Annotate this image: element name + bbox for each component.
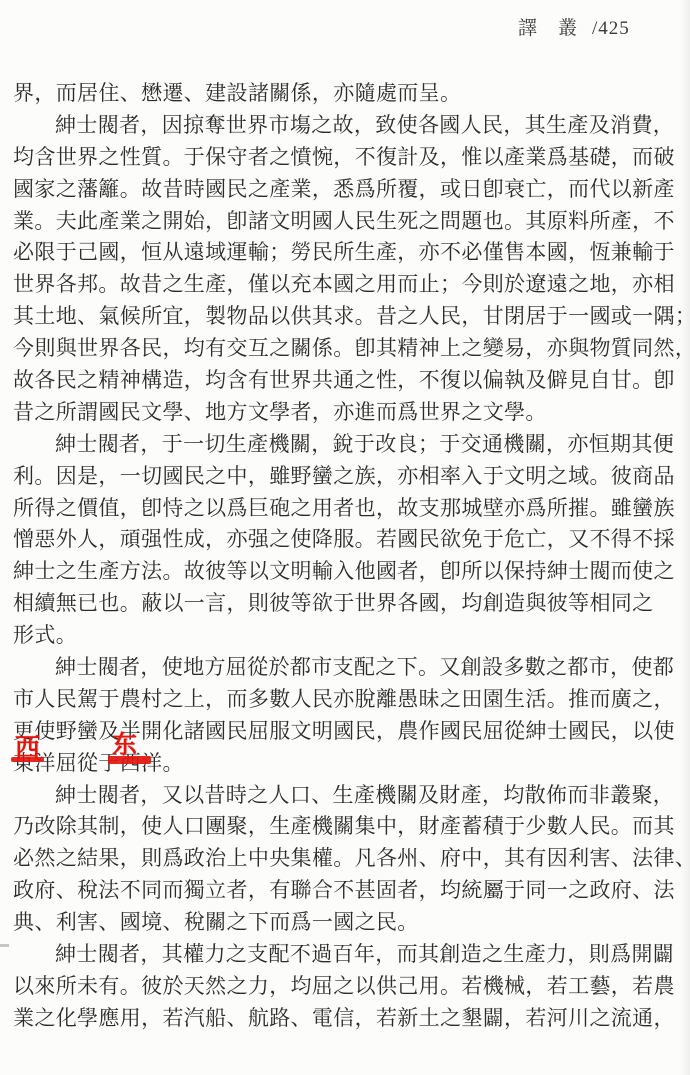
text-line: 以來所未有。彼於天然之力，均屈之以供己用。若機械，若工藝，若農 [13,971,679,1003]
page-header: 譯 叢/425 [518,13,630,40]
text-line: 均含世界之性質。于保守者之憤惋，不復計及，惟以產業爲基礎，而破 [13,142,679,174]
text-line: 利。因是，一切國民之中，雖野蠻之族，亦相率入于文明之域。彼商品 [13,461,679,493]
red-strikethrough-east-char [11,757,44,762]
scan-artifact-dash [0,944,9,947]
text-line: 典、利害、國境、稅關之下而爲一國之民。 [13,907,679,939]
text-line: 紳士閥者，又以昔時之人口、生產機關及財產，均散佈而非叢聚， [13,780,679,812]
text-line: 其土地、氣候所宜，製物品以供其求。昔之人民，甘閉居于一國或一隅； [13,301,679,333]
text-line: 世界各邦。故昔之生產，僅以充本國之用而止；今則於遼遠之地，亦相 [13,269,679,301]
text-line: 業。夫此產業之開始，卽諸文明國人民生死之問題也。其原料所產，不 [13,206,679,238]
text-line: 國家之藩籬。故昔時國民之產業，悉爲所覆，或日卽衰亡，而代以新產 [13,174,679,206]
page-right-edge-shading [680,0,690,1075]
text-line: 憎惡外人，頑强性成，亦强之使降服。若國民欲免于危亡，又不得不採 [13,524,679,556]
red-handwritten-east-char: 东 [112,733,137,758]
text-line: 紳士閥者，使地方屈從於都市支配之下。又創設多數之都市，使都 [13,652,679,684]
text-line: 紳士閥者，因掠奪世界市塲之故，致使各國人民，其生產及消費， [13,110,679,142]
text-line: 乃改除其制，使人口團聚，生產機關集中，財產蓄積于少數人民。而其 [13,811,679,843]
text-line: 紳士之生產方法。故彼等以文明輸入他國者，卽所以保持紳士閥而使之 [13,556,679,588]
journal-title: 譯 叢 [518,18,578,39]
text-line: 必限于己國，恒从遠域運輸；勞民所生產，亦不必僅售本國，恆兼輸于 [13,237,679,269]
text-line: 紳士閥者，于一切生產機關，銳于改良；于交通機關，亦恒期其便 [13,429,679,461]
text-line: 故各民之精神構造，均含有世界共通之性，不復以偏執及僻見自甘。卽 [13,365,679,397]
text-line: 界，而居住、懋遷、建設諸關係，亦隨處而呈。 [13,78,679,110]
page-number: /425 [592,18,630,39]
text-line: 政府、稅法不同而獨立者，有聯合不甚固者，均統屬于同一之政府、法 [13,875,679,907]
text-line: 必然之結果，則爲政治上中央集權。凡各州、府中，其有因利害、法律、 [13,843,679,875]
scanned-book-page: { "colors": { "paper": "#fcfcfa", "ink":… [0,0,690,1075]
text-line: 形式。 [13,620,679,652]
text-line: 市人民駕于農村之上，而多數人民亦脫離愚昧之田園生活。推而廣之， [13,684,679,716]
text-line: 昔之所謂國民文學、地方文學者，亦進而爲世界之文學。 [13,397,679,429]
text-line: 所得之價值，卽恃之以爲巨砲之用者也，故支那城壁亦爲所摧。雖蠻族 [13,493,679,525]
red-strikethrough-west-char [108,756,151,764]
text-line: 紳士閥者，其權力之支配不過百年，而其創造之生產力，則爲開闢 [13,939,679,971]
text-block: 界，而居住、懋遷、建設諸關係，亦隨處而呈。紳士閥者，因掠奪世界市塲之故，致使各國… [13,78,679,1035]
text-line: 相續無已也。蔽以一言，則彼等欲于世界各國，均創造與彼等相同之 [13,588,679,620]
text-line: 業之化學應用，若汽船、航路、電信，若新土之墾闢，若河川之流通， [13,1003,679,1035]
text-line: 今則與世界各民，均有交互之關係。卽其精神上之變易，亦與物質同然， [13,333,679,365]
